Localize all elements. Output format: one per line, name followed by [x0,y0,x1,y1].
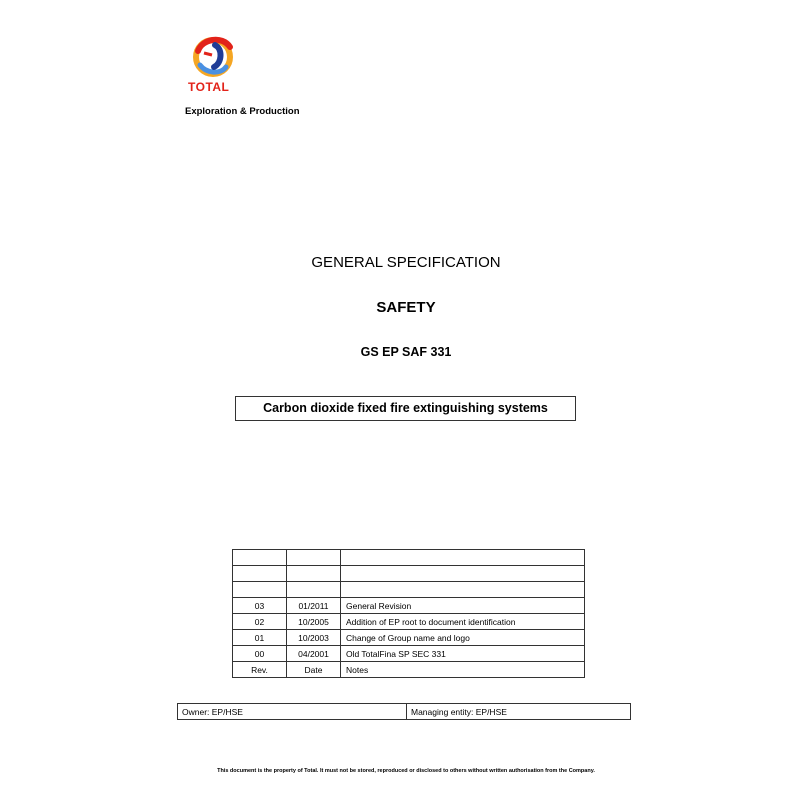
brand-name: TOTAL [188,80,229,94]
revision-date-cell [287,550,341,566]
revision-rev-cell: 00 [233,646,287,662]
revision-row: 0301/2011General Revision [233,598,585,614]
document-category: SAFETY [0,299,800,316]
revision-date-cell: 04/2001 [287,646,341,662]
document-title: Carbon dioxide fixed fire extinguishing … [235,396,576,421]
revision-column-header: Rev. [233,662,287,678]
revision-rev-cell: 02 [233,614,287,630]
revision-row [233,550,585,566]
revision-row [233,582,585,598]
revision-row: 0004/2001Old TotalFina SP SEC 331 [233,646,585,662]
division-label: Exploration & Production [185,106,300,117]
revision-notes-cell: General Revision [341,598,585,614]
revision-date-cell [287,566,341,582]
revision-row: 0210/2005Addition of EP root to document… [233,614,585,630]
revision-date-cell: 01/2011 [287,598,341,614]
total-logo-icon [190,33,236,79]
revision-rev-cell: 01 [233,630,287,646]
confidentiality-notice: This document is the property of Total. … [0,768,800,774]
revision-rev-cell [233,550,287,566]
owner-cell: Owner: EP/HSE [178,704,407,720]
revision-date-cell [287,582,341,598]
revision-notes-cell: Change of Group name and logo [341,630,585,646]
revision-date-cell: 10/2005 [287,614,341,630]
revision-notes-cell: Old TotalFina SP SEC 331 [341,646,585,662]
revision-rev-cell [233,566,287,582]
revision-rev-cell [233,582,287,598]
revision-rev-cell: 03 [233,598,287,614]
revision-column-header: Date [287,662,341,678]
revision-date-cell: 10/2003 [287,630,341,646]
revision-notes-cell [341,566,585,582]
managing-entity-cell: Managing entity: EP/HSE [407,704,631,720]
revision-row: 0110/2003Change of Group name and logo [233,630,585,646]
revision-table: 0301/2011General Revision0210/2005Additi… [232,549,585,678]
revision-notes-cell: Addition of EP root to document identifi… [341,614,585,630]
revision-column-header: Notes [341,662,585,678]
revision-notes-cell [341,550,585,566]
revision-row [233,566,585,582]
revision-header-row: Rev.DateNotes [233,662,585,678]
document-type: GENERAL SPECIFICATION [0,254,800,271]
revision-notes-cell [341,582,585,598]
document-code: GS EP SAF 331 [0,345,800,359]
ownership-table: Owner: EP/HSE Managing entity: EP/HSE [177,703,631,720]
